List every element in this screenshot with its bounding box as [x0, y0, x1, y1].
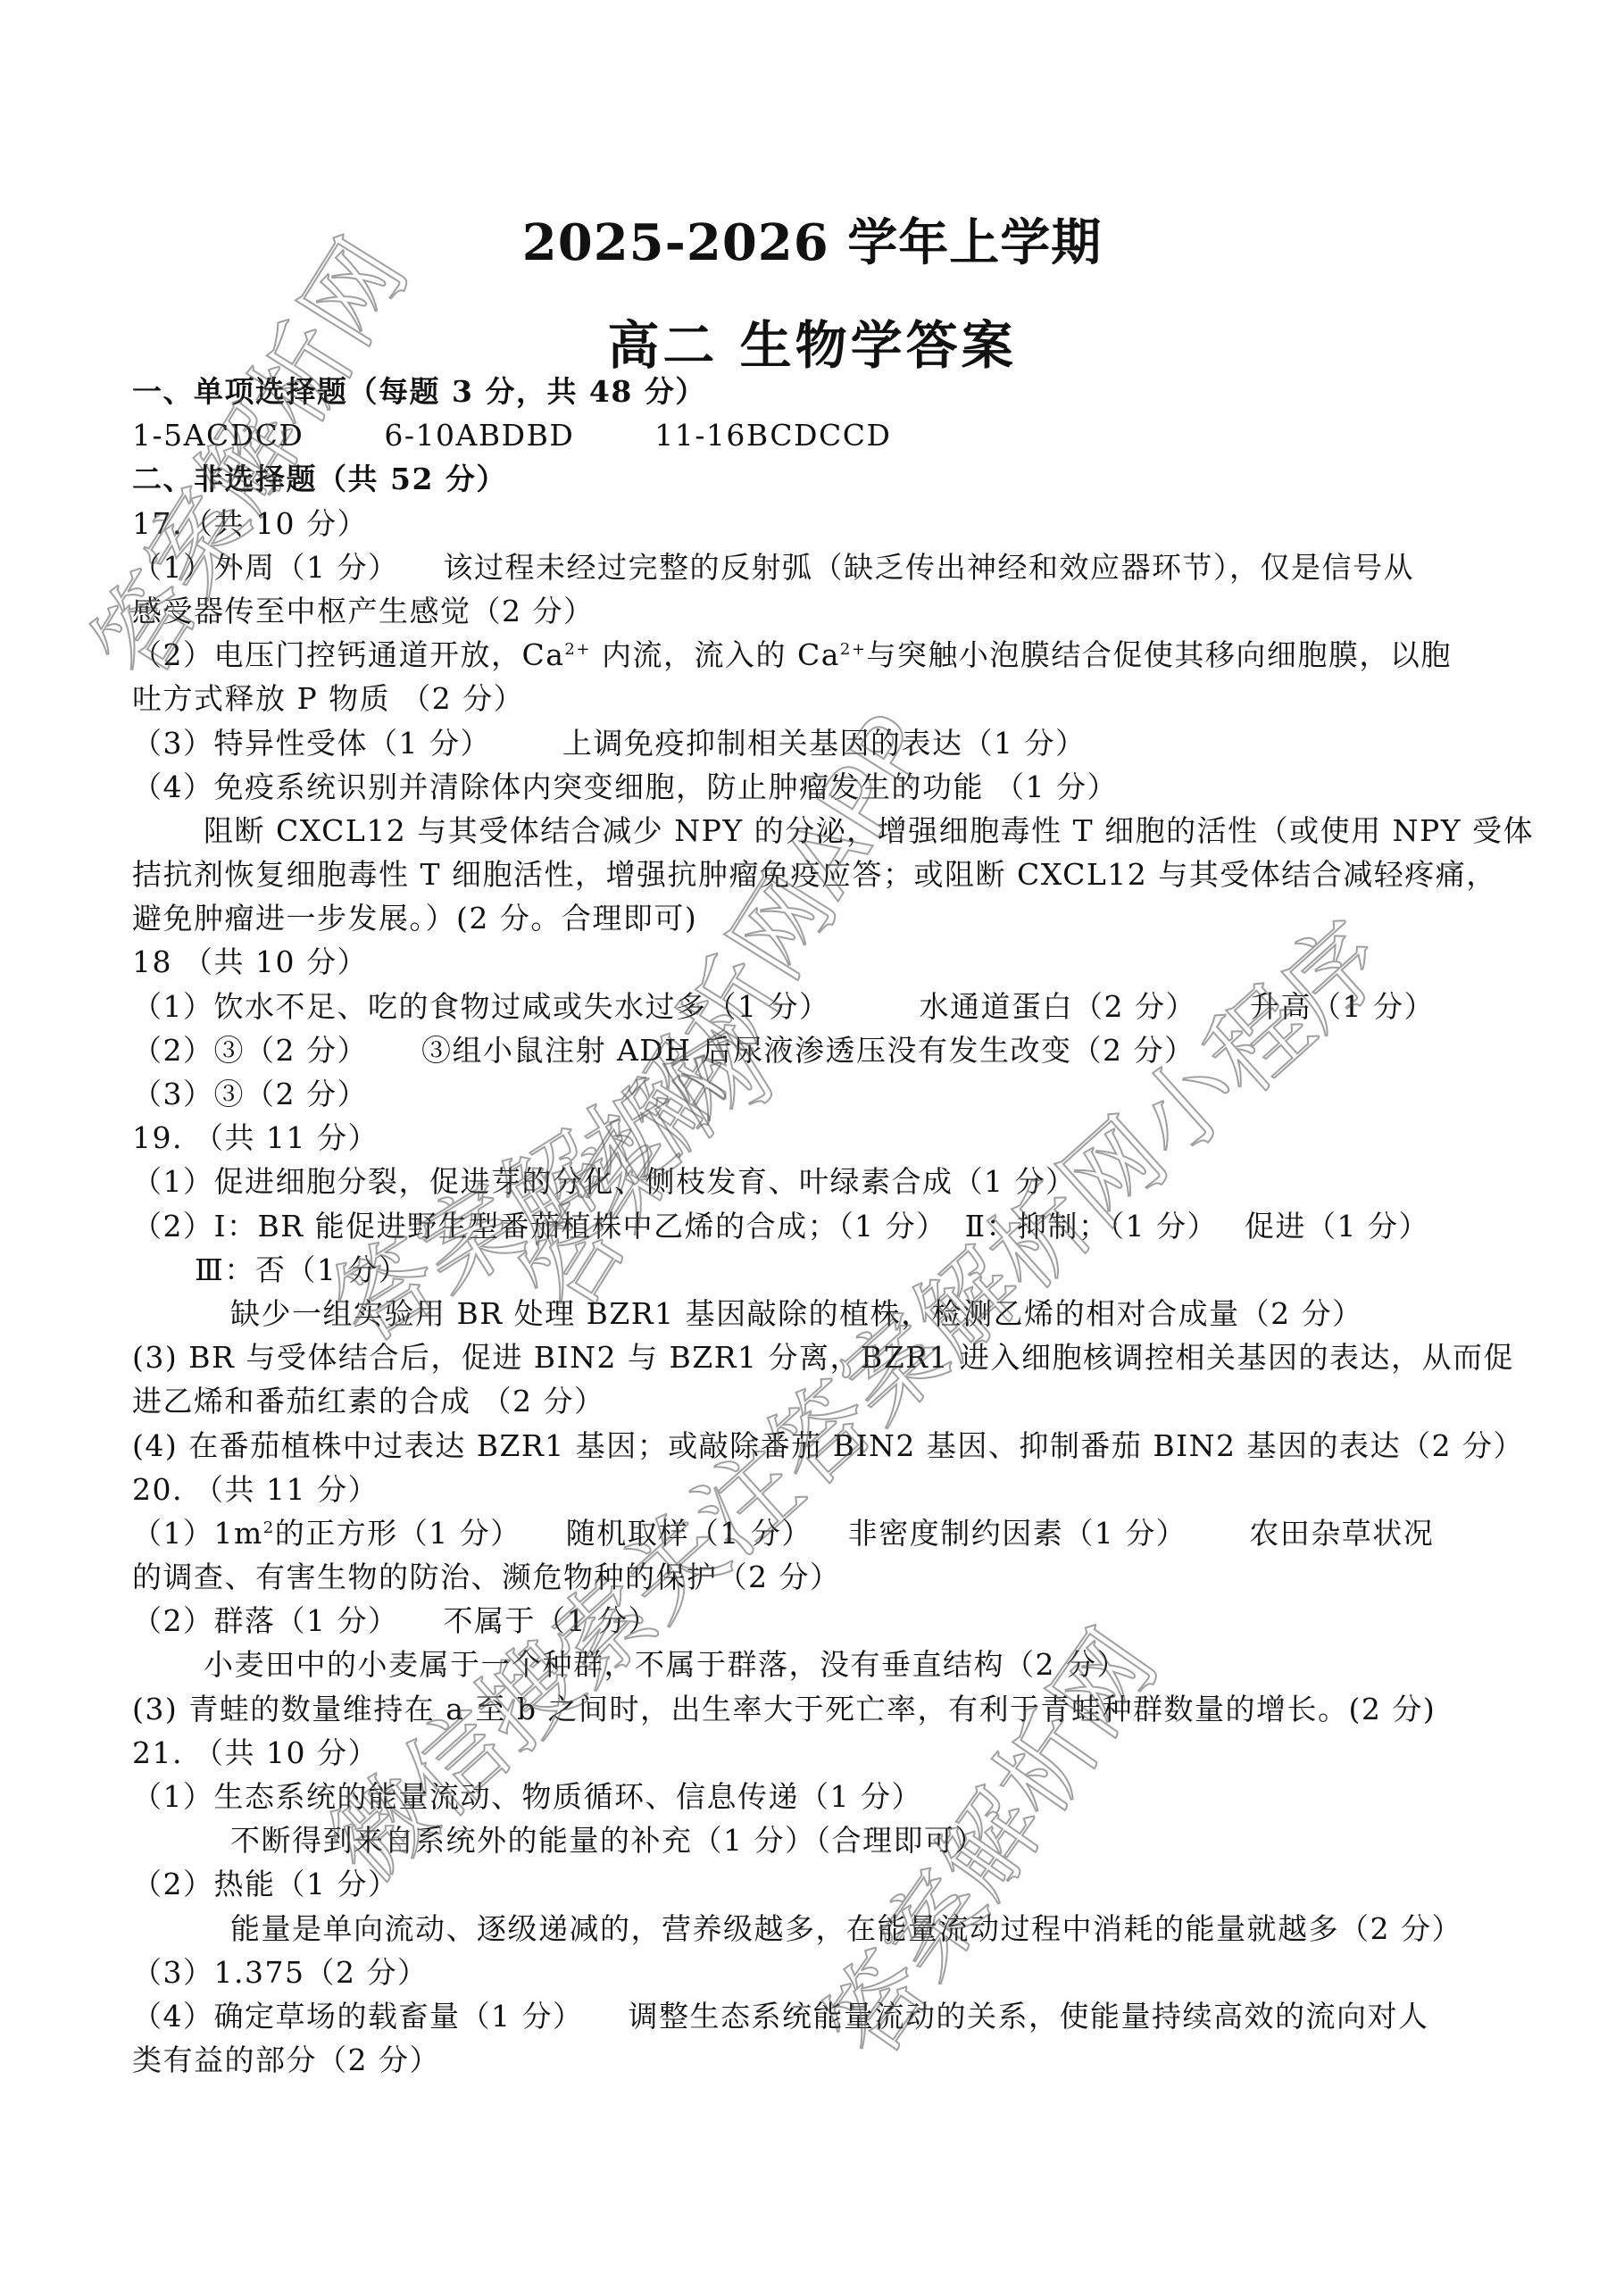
text: 非密度制约因素（1 分）	[848, 1516, 1187, 1551]
text: （2）群落（1 分）	[132, 1603, 398, 1638]
q19-part2: （2）Ⅰ：BR 能促进野生型番茄植株中乙烯的合成；（1 分）Ⅱ：抑制；（1 分）…	[132, 1204, 1512, 1248]
text: 不属于（1 分）	[443, 1603, 659, 1638]
q21-part4: （4）确定草场的载畜量（1 分）调整生态系统能量流动的关系，使能量持续高效的流向…	[132, 1994, 1512, 2038]
text: 农田杂草状况	[1249, 1516, 1434, 1551]
answer-body: 一、单项选择题（每题 3 分，共 48 分） 1-5ACDCD6-10ABDBD…	[132, 370, 1512, 2082]
q18-part2: （2）③（2 分）③组小鼠注射 ADH 后尿液渗透压没有发生改变（2 分）	[132, 1028, 1512, 1072]
q18-part1: （1）饮水不足、吃的食物过咸或失水过多（1 分）水通道蛋白（2 分）升高（1 分…	[132, 985, 1512, 1028]
q17-p1-answer: （1）外周（1 分）	[132, 550, 398, 585]
q20-part3: (3) 青蛙的数量维持在 a 至 b 之间时，出生率大于死亡率，有利于青蛙种群数…	[132, 1687, 1512, 1731]
text: （2）③（2 分）	[132, 1033, 368, 1068]
q19-part2-explain: 缺少一组实验用 BR 处理 BZR1 基因敲除的植株，检测乙烯的相对合成量（2 …	[132, 1292, 1512, 1335]
section2-heading: 二、非选择题（共 52 分）	[132, 457, 1512, 501]
q17-part4: （4）免疫系统识别并清除体内突变细胞，防止肿瘤发生的功能 （1 分）	[132, 765, 1512, 809]
text: 促进（1 分）	[1245, 1209, 1429, 1244]
text: （1）1m	[132, 1516, 263, 1551]
q17-part4-explain: 阻断 CXCL12 与其受体结合减少 NPY 的分泌，增强细胞毒性 T 细胞的活…	[132, 809, 1512, 853]
q20-title: 20. （共 11 分）	[132, 1468, 1512, 1511]
q20-part1: （1）1m2的正方形（1 分）随机取样（1 分）非密度制约因素（1 分）农田杂草…	[132, 1511, 1512, 1555]
q17-part4-cont1: 拮抗剂恢复细胞毒性 T 细胞活性，增强抗肿瘤免疫应答；或阻断 CXCL12 与其…	[132, 853, 1512, 896]
superscript: 2+	[564, 640, 591, 659]
answers-6-10: 6-10ABDBD	[384, 418, 574, 453]
q19-part2-iii: Ⅲ：否（1 分）	[132, 1248, 1512, 1292]
q19-part3: (3) BR 与受体结合后，促进 BIN2 与 BZR1 分离，BZR1 进入细…	[132, 1335, 1512, 1379]
text: 升高（1 分）	[1250, 989, 1435, 1024]
text: （1）饮水不足、吃的食物过咸或失水过多（1 分）	[132, 989, 829, 1024]
q20-part2-explain: 小麦田中的小麦属于一个种群，不属于群落，没有垂直结构（2 分）	[132, 1643, 1512, 1686]
q19-part1: （1）促进细胞分裂，促进芽的分化、侧枝发育、叶绿素合成（1 分）	[132, 1160, 1512, 1203]
superscript: 2+	[840, 640, 867, 659]
q17-part3: （3）特异性受体（1 分）上调免疫抑制相关基因的表达（1 分）	[132, 721, 1512, 765]
document-title-year: 2025-2026 学年上学期	[0, 204, 1624, 275]
q18-part3: （3）③（2 分）	[132, 1072, 1512, 1116]
text: Ⅱ：抑制；（1 分）	[965, 1209, 1218, 1244]
text: 水通道蛋白（2 分）	[919, 989, 1196, 1024]
q18-title: 18 （共 10 分）	[132, 940, 1512, 984]
superscript: 2	[263, 1518, 275, 1537]
q17-part2-cont: 吐方式释放 P 物质 （2 分）	[132, 677, 1512, 720]
document-title-subject: 高二 生物学答案	[0, 304, 1624, 379]
q17-part4-cont2: 避免肿瘤进一步发展。）(2 分。合理即可)	[132, 896, 1512, 940]
q19-title: 19. （共 11 分）	[132, 1116, 1512, 1160]
q21-part2: （2）热能（1 分）	[132, 1862, 1512, 1906]
q17-part2: （2）电压门控钙通道开放，Ca2+ 内流，流入的 Ca2+与突触小泡膜结合促使其…	[132, 633, 1512, 677]
text: 调整生态系统能量流动的关系，使能量持续高效的流向对人	[628, 1999, 1428, 2034]
text: （4）确定草场的载畜量（1 分）	[132, 1999, 583, 2034]
q20-part2: （2）群落（1 分）不属于（1 分）	[132, 1599, 1512, 1643]
q17-part1-cont: 感受器传至中枢产生感觉（2 分）	[132, 589, 1512, 633]
answers-11-16: 11-16BCDCCD	[654, 418, 891, 453]
q17-title: 17.（共 10 分）	[132, 502, 1512, 545]
text: （2）Ⅰ：BR 能促进野生型番茄植株中乙烯的合成；（1 分）	[132, 1209, 947, 1244]
q19-part3-cont: 进乙烯和番茄红素的合成 （2 分）	[132, 1379, 1512, 1423]
q19-part4: (4) 在番茄植株中过表达 BZR1 基因；或敲除番茄 BIN2 基因、抑制番茄…	[132, 1424, 1512, 1468]
answers-1-5: 1-5ACDCD	[132, 418, 304, 453]
q21-part1: （1）生态系统的能量流动、物质循环、信息传递（1 分）	[132, 1775, 1512, 1818]
text: （2）电压门控钙通道开放，Ca	[132, 637, 564, 672]
q21-part2-explain: 能量是单向流动、逐级递减的，营养级越多，在能量流动过程中消耗的能量就越多（2 分…	[132, 1907, 1512, 1951]
text: （3）特异性受体（1 分）	[132, 726, 491, 761]
text: 上调免疫抑制相关基因的表达（1 分）	[562, 726, 1087, 761]
text: 与突触小泡膜结合促使其移向细胞膜，以胞	[866, 637, 1452, 672]
section1-heading: 一、单项选择题（每题 3 分，共 48 分）	[132, 370, 1512, 413]
text: 的正方形（1 分）	[275, 1516, 521, 1551]
text: ③组小鼠注射 ADH 后尿液渗透压没有发生改变（2 分）	[421, 1033, 1195, 1068]
text: 随机取样（1 分）	[566, 1516, 812, 1551]
q21-title: 21. （共 10 分）	[132, 1731, 1512, 1775]
q17-part1: （1）外周（1 分）该过程未经过完整的反射弧（缺乏传出神经和效应器环节），仅是信…	[132, 545, 1512, 589]
text: 内流，流入的 Ca	[591, 637, 840, 672]
q21-part1-explain: 不断得到来自系统外的能量的补充（1 分）（合理即可）	[132, 1818, 1512, 1862]
q17-p1-explain: 该过程未经过完整的反射弧（缺乏传出神经和效应器环节），仅是信号从	[443, 550, 1414, 585]
q20-part1-cont: 的调查、有害生物的防治、濒危物种的保护（2 分）	[132, 1555, 1512, 1599]
choice-answers: 1-5ACDCD6-10ABDBD11-16BCDCCD	[132, 413, 1512, 457]
q21-part4-cont: 类有益的部分（2 分）	[132, 2038, 1512, 2082]
q21-part3: （3）1.375（2 分）	[132, 1951, 1512, 1994]
